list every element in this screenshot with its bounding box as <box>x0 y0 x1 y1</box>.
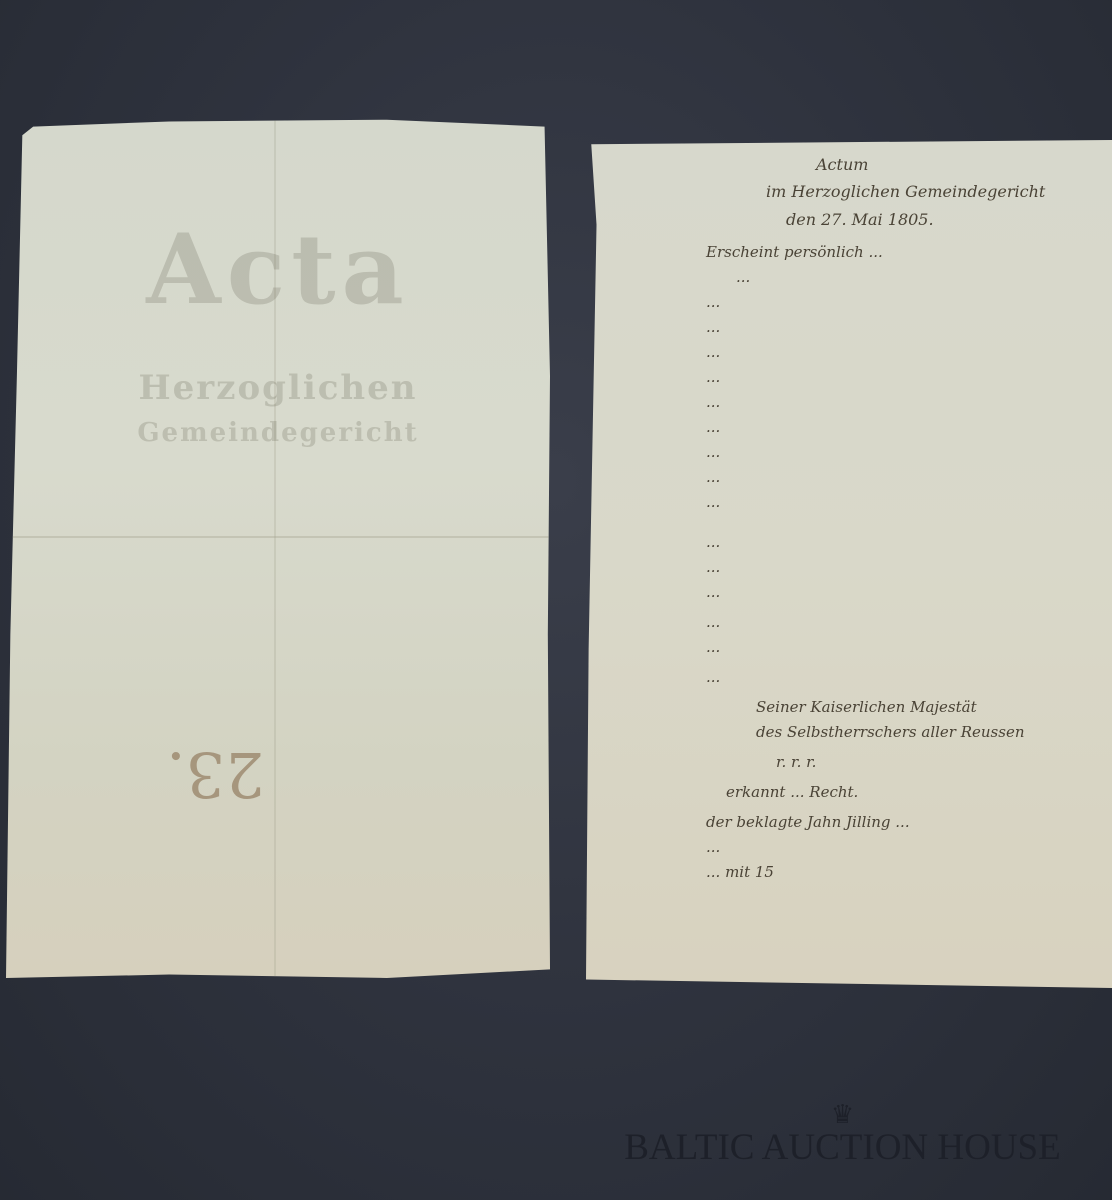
handwritten-line: Erscheint persönlich ... <box>586 240 1112 265</box>
handwritten-line: r. r. r. <box>586 750 1112 775</box>
heading-line-1: Actum <box>816 155 868 174</box>
handwritten-line: ... <box>586 610 1112 635</box>
handwritten-line: ... <box>586 665 1112 690</box>
crown-icon: ♛ <box>600 1102 1085 1128</box>
handwritten-line: ... <box>586 580 1112 605</box>
handwritten-line: ... <box>586 415 1112 440</box>
handwritten-line: ... <box>586 315 1112 340</box>
handwritten-line: ... <box>586 440 1112 465</box>
horizontal-fold <box>6 536 550 538</box>
handwritten-line: des Selbstherrschers aller Reussen <box>586 720 1112 745</box>
handwritten-line: ... mit 15 <box>586 860 1112 885</box>
handwritten-line: Seiner Kaiserlichen Majestät <box>586 695 1112 720</box>
watermark: ♛ BALTIC AUCTION HOUSE <box>600 1102 1085 1168</box>
handwritten-line: ... <box>586 265 1112 290</box>
handwritten-line: ... <box>586 290 1112 315</box>
ghost-subtitle-2: Gemeindegericht <box>6 418 550 448</box>
right-document: Actum im Herzoglichen Gemeindegericht de… <box>586 140 1112 988</box>
handwritten-line: der beklagte Jahn Jilling ... <box>586 810 1112 835</box>
handwritten-line: ... <box>586 530 1112 555</box>
ghost-subtitle-1: Herzoglichen <box>6 368 550 408</box>
handwritten-line: ... <box>586 555 1112 580</box>
handwritten-line: ... <box>586 490 1112 515</box>
handwritten-line: ... <box>586 835 1112 860</box>
document-number: 23. <box>166 738 265 811</box>
heading-line-2: im Herzoglichen Gemeindegericht <box>766 182 1045 201</box>
handwritten-line: ... <box>586 365 1112 390</box>
watermark-text: BALTIC AUCTION HOUSE <box>600 1128 1085 1168</box>
handwritten-line: ... <box>586 465 1112 490</box>
left-document: Acta Herzoglichen Gemeindegericht 23. <box>6 118 550 978</box>
handwritten-line: ... <box>586 390 1112 415</box>
handwritten-line: erkannt ... Recht. <box>586 780 1112 805</box>
handwritten-line: ... <box>586 635 1112 660</box>
ghost-title: Acta <box>6 213 550 326</box>
handwritten-line: ... <box>586 340 1112 365</box>
heading-line-3: den 27. Mai 1805. <box>786 210 934 229</box>
